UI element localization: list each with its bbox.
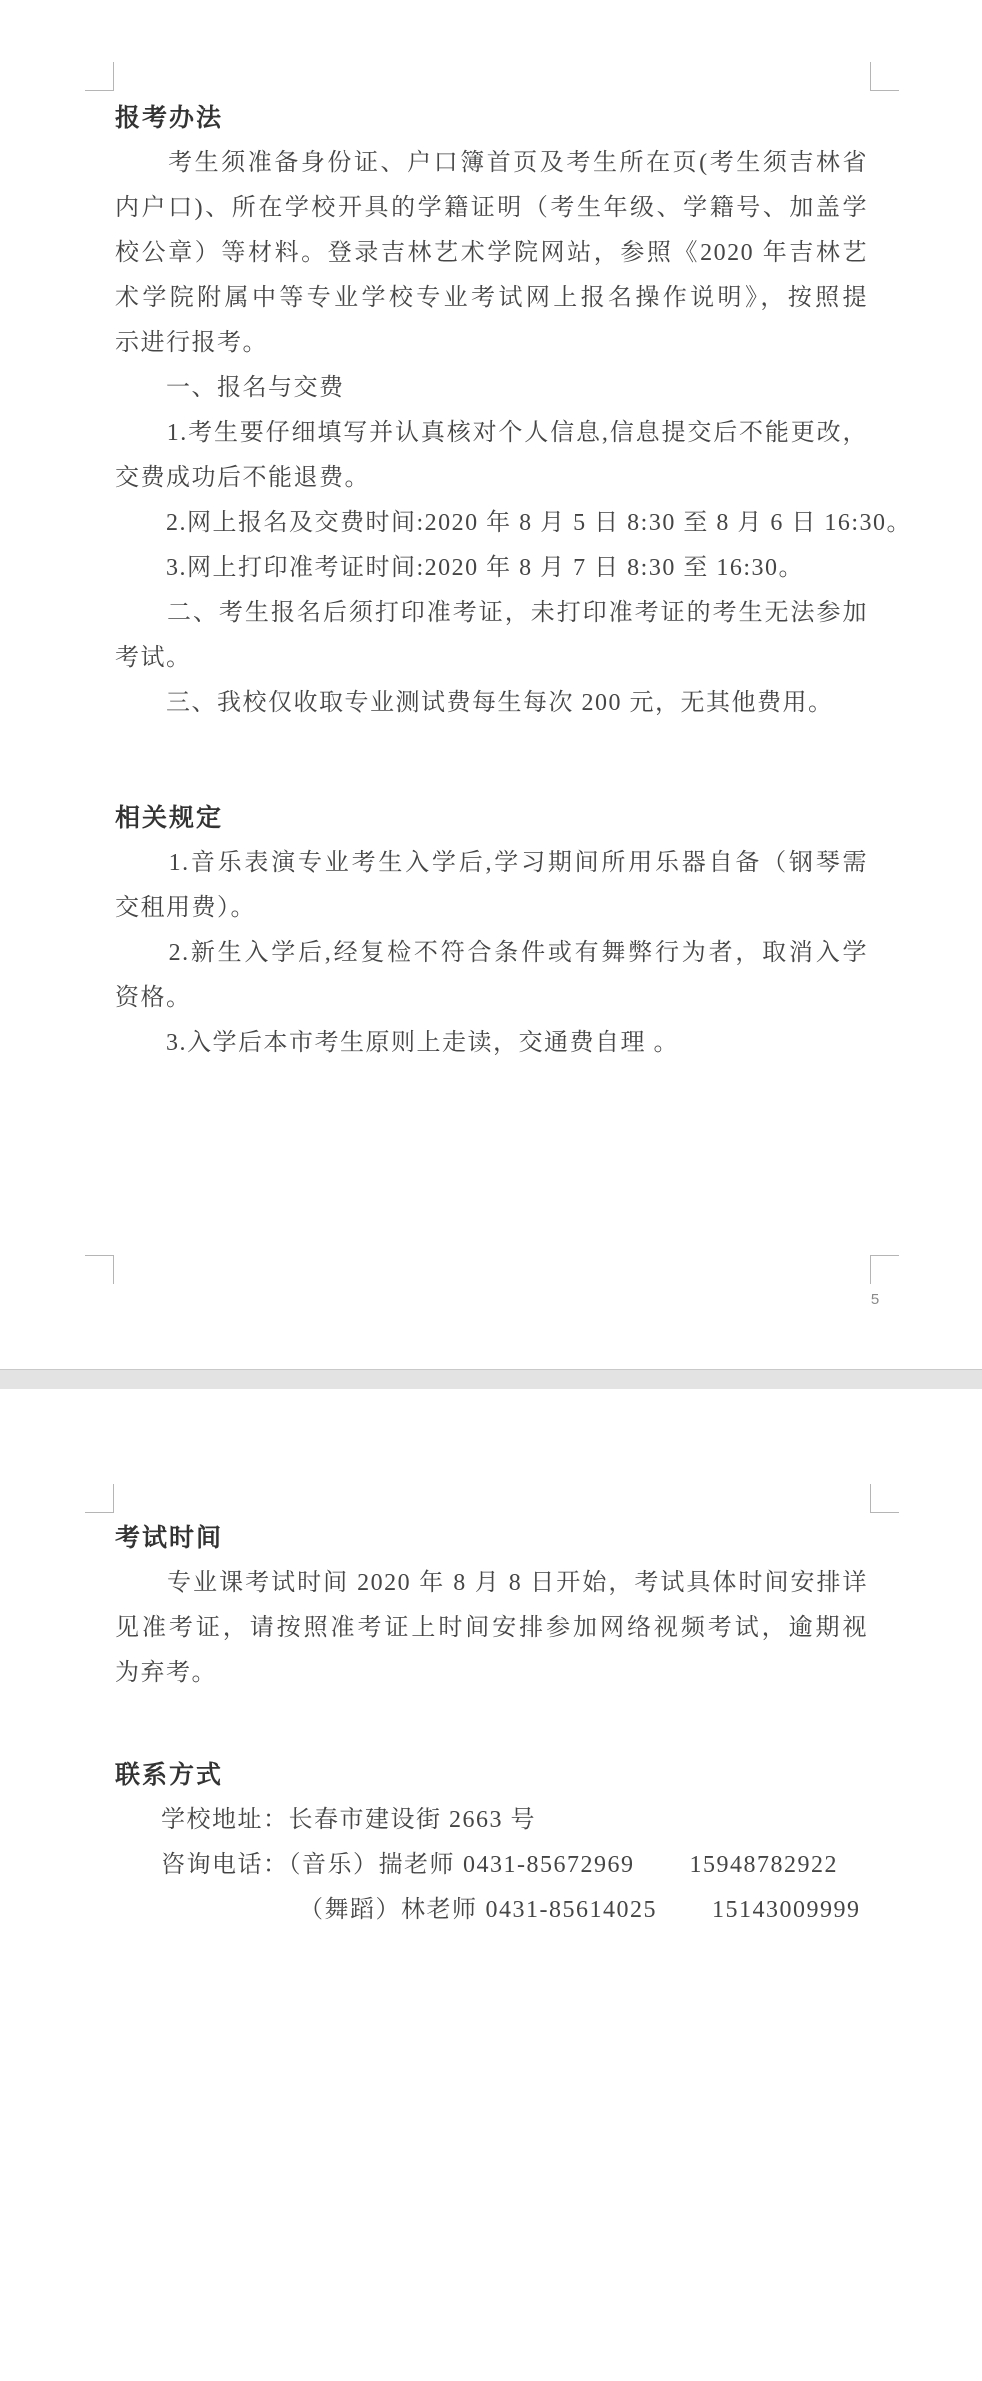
- margin-mark-top-left-icon: [85, 1484, 114, 1513]
- phone-label: 咨询电话：: [161, 1852, 289, 1878]
- phone-teacher: 揣老师: [379, 1852, 456, 1878]
- phone-landline: 0431-85614025: [486, 1897, 658, 1923]
- address-label: 学校地址：: [161, 1807, 289, 1833]
- text-line: 校公章）等材料。登录吉林艺术学院网站，参照《2020 年吉林艺: [115, 231, 868, 276]
- section-heading: 考试时间: [115, 1516, 868, 1561]
- address-value: 长春市建设街 2663 号: [289, 1807, 537, 1833]
- margin-mark-top-right-icon: [870, 1484, 899, 1513]
- text-line: 专业课考试时间 2020 年 8 月 8 日开始，考试具体时间安排详: [115, 1561, 868, 1606]
- text-line: 1.音乐表演专业考生入学后,学习期间所用乐器自备（钢琴需: [115, 841, 868, 886]
- phone-mobile: 15143009999: [712, 1897, 861, 1923]
- text-line: 示进行报考。: [115, 321, 868, 366]
- text-line: 见准考证，请按照准考证上时间安排参加网络视频考试，逾期视: [115, 1606, 868, 1651]
- text-line: 2.网上报名及交费时间:2020 年 8 月 5 日 8:30 至 8 月 6 …: [115, 501, 868, 546]
- document-viewer: 报考办法 考生须准备身份证、户口簿首页及考生所在页(考生须吉林省 内户口)、所在…: [0, 0, 982, 2381]
- text-line: 3.网上打印准考证时间:2020 年 8 月 7 日 8:30 至 16:30。: [115, 546, 868, 591]
- phone-teacher: 林老师: [401, 1897, 478, 1923]
- phone-dept: （舞蹈）: [299, 1897, 401, 1923]
- text-line: 一、报名与交费: [115, 366, 868, 411]
- page-number: 5: [860, 1290, 890, 1310]
- page-separator: [0, 1369, 982, 1390]
- phone-landline: 0431-85672969: [463, 1852, 635, 1878]
- text-line: 考试。: [115, 636, 868, 681]
- text-line: 为弃考。: [115, 1651, 868, 1696]
- text-line: 3.入学后本市考生原则上走读，交通费自理 。: [115, 1021, 868, 1066]
- text-line: 二、考生报名后须打印准考证，未打印准考证的考生无法参加: [115, 591, 868, 636]
- margin-mark-bottom-right-icon: [870, 1255, 899, 1284]
- section-related-rules: 相关规定 1.音乐表演专业考生入学后,学习期间所用乐器自备（钢琴需 交租用费）。…: [115, 796, 868, 1066]
- phone-dept: （音乐）: [289, 1852, 379, 1878]
- text-line: 三、我校仅收取专业测试费每生每次 200 元，无其他费用。: [115, 681, 868, 726]
- section-heading: 报考办法: [115, 96, 868, 141]
- school-address-row: 学校地址：长春市建设街 2663 号: [115, 1798, 868, 1843]
- section-registration-method: 报考办法 考生须准备身份证、户口簿首页及考生所在页(考生须吉林省 内户口)、所在…: [115, 96, 868, 726]
- section-exam-time: 考试时间 专业课考试时间 2020 年 8 月 8 日开始，考试具体时间安排详 …: [115, 1516, 868, 1696]
- margin-mark-bottom-left-icon: [85, 1255, 114, 1284]
- section-heading: 联系方式: [115, 1753, 868, 1798]
- text-line: 交费成功后不能退费。: [115, 456, 868, 501]
- margin-mark-top-right-icon: [870, 62, 899, 91]
- page-1-text-area: 报考办法 考生须准备身份证、户口簿首页及考生所在页(考生须吉林省 内户口)、所在…: [115, 96, 868, 1066]
- section-heading: 相关规定: [115, 796, 868, 841]
- phone-row-dance: （舞蹈）林老师0431-8561402515143009999: [115, 1888, 868, 1933]
- text-line: 内户口)、所在学校开具的学籍证明（考生年级、学籍号、加盖学: [115, 186, 868, 231]
- text-line: 1.考生要仔细填写并认真核对个人信息,信息提交后不能更改，: [115, 411, 868, 456]
- text-line: 术学院附属中等专业学校专业考试网上报名操作说明》，按照提: [115, 276, 868, 321]
- text-line: 资格。: [115, 976, 868, 1021]
- phone-mobile: 15948782922: [690, 1852, 839, 1878]
- text-line: 考生须准备身份证、户口簿首页及考生所在页(考生须吉林省: [115, 141, 868, 186]
- phone-row-music: 咨询电话：（音乐）揣老师0431-8567296915948782922: [115, 1843, 868, 1888]
- margin-mark-top-left-icon: [85, 62, 114, 91]
- page-1: 报考办法 考生须准备身份证、户口簿首页及考生所在页(考生须吉林省 内户口)、所在…: [0, 0, 982, 1369]
- section-contact-info: 联系方式 学校地址：长春市建设街 2663 号 咨询电话：（音乐）揣老师0431…: [115, 1753, 868, 1933]
- page-2-text-area: 考试时间 专业课考试时间 2020 年 8 月 8 日开始，考试具体时间安排详 …: [115, 1516, 868, 1933]
- text-line: 交租用费）。: [115, 886, 868, 931]
- text-line: 2.新生入学后,经复检不符合条件或有舞弊行为者，取消入学: [115, 931, 868, 976]
